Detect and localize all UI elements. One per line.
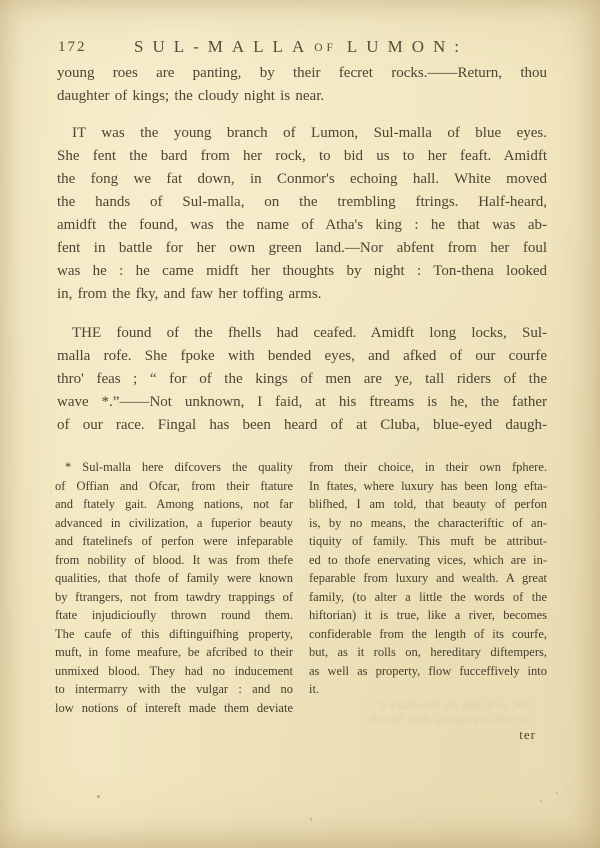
text-line: fent in battle for her own green land.—N… bbox=[57, 237, 547, 260]
page-number: 172 bbox=[58, 39, 87, 56]
text-line: was he : he came midft her thoughts by n… bbox=[57, 260, 547, 283]
footnote-line: by ftrangers, not from tawdry trappings … bbox=[55, 588, 293, 607]
text-line: THE found of the fhells had ceafed. Amid… bbox=[57, 322, 547, 345]
footnote-line: tiquity of family. This muft be attribut… bbox=[309, 532, 547, 551]
footnote-block: * Sul-malla here difcovers the qualityof… bbox=[55, 458, 547, 717]
footnote-line: low notions of intereft made them deviat… bbox=[55, 699, 293, 718]
footnote-line: muft, in fome meafure, be afcribed to th… bbox=[55, 643, 293, 662]
paragraph-the-sound: THE found of the fhells had ceafed. Amid… bbox=[57, 322, 547, 437]
page-header: 172 SUL-MALLA OF LUMON: bbox=[57, 36, 545, 60]
paper-stain bbox=[310, 818, 312, 821]
book-page-scan: 172 SUL-MALLA OF LUMON: young roes are p… bbox=[0, 0, 600, 848]
footnote-line: family, (to alter a little the words of … bbox=[309, 588, 547, 607]
footnote-line: unmixed blood. They had no inducement bbox=[55, 662, 293, 681]
catchword: ter bbox=[519, 727, 536, 743]
footnote-line: from their choice, in their own fphere. bbox=[309, 458, 547, 477]
main-text-block: young roes are panting, by their fecret … bbox=[57, 62, 547, 437]
footnote-line: In ftates, where luxury has been long ef… bbox=[309, 477, 547, 496]
footnote-line: * Sul-malla here difcovers the quality bbox=[55, 458, 293, 477]
text-line: She fent the bard from her rock, to bid … bbox=[57, 145, 547, 168]
footnote-line: as well as property, flow fucceffively i… bbox=[309, 662, 547, 681]
footnote-line: hiftorian) it is true, like a river, bec… bbox=[309, 606, 547, 625]
footnote-line: to intermarry with the vulgar : and no bbox=[55, 680, 293, 699]
footnote-right-column: from their choice, in their own fphere.I… bbox=[309, 458, 547, 717]
footnote-line: it. bbox=[309, 680, 547, 699]
paragraph-continuation: young roes are panting, by their fecret … bbox=[57, 62, 547, 108]
footnote-line: is, by no means, the characteriftic of a… bbox=[309, 514, 547, 533]
text-line: young roes are panting, by their fecret … bbox=[57, 62, 547, 85]
footnote-line: qualities, that thofe of family were kno… bbox=[55, 569, 293, 588]
footnote-line: but, as it rolls on, hereditary diftempe… bbox=[309, 643, 547, 662]
running-title-end: LUMON: bbox=[347, 37, 468, 56]
footnote-line: of Offian and Ofcar, from their ftature bbox=[55, 477, 293, 496]
footnote-line: advanced in civilization, a fuperior bea… bbox=[55, 514, 293, 533]
text-line: of our race. Fingal has been heard of at… bbox=[57, 414, 547, 437]
running-title-main: SUL-MALLA bbox=[134, 37, 313, 56]
text-line: thro' feas ; “ for of the kings of men a… bbox=[57, 368, 547, 391]
footnote-line: ftate injudicioufly thrown round them. bbox=[55, 606, 293, 625]
text-line: amidft the found, was the name of Atha's… bbox=[57, 214, 547, 237]
text-line: malla rofe. She fpoke with bended eyes, … bbox=[57, 345, 547, 368]
text-line: in, from the fky, and faw her toffing ar… bbox=[57, 283, 547, 306]
paper-stain bbox=[556, 792, 558, 794]
paper-stain bbox=[540, 800, 542, 802]
text-line: IT was the young branch of Lumon, Sul-ma… bbox=[57, 122, 547, 145]
text-line: the fong we fat down, in Conmor's echoin… bbox=[57, 168, 547, 191]
footnote-line: confiderable from the length of its cour… bbox=[309, 625, 547, 644]
footnote-line: from nobility of blood. It was from thef… bbox=[55, 551, 293, 570]
text-line: wave *.”——Not unknown, I faid, at his ft… bbox=[57, 391, 547, 414]
footnote-line: and ftately gait. Among nations, not far bbox=[55, 495, 293, 514]
paragraph-it-was: IT was the young branch of Lumon, Sul-ma… bbox=[57, 122, 547, 306]
footnote-line: feparable from luxury and wealth. A grea… bbox=[309, 569, 547, 588]
running-title-of: OF bbox=[314, 42, 337, 54]
running-title: SUL-MALLA OF LUMON: bbox=[57, 36, 545, 57]
paper-stain bbox=[97, 795, 100, 798]
footnote-line: blifhed, I am told, that beauty of perfo… bbox=[309, 495, 547, 514]
footnote-line: and ftatelinefs of perfon were infeparab… bbox=[55, 532, 293, 551]
text-line: daughter of kings; the cloudy night is n… bbox=[57, 85, 547, 108]
footnote-line: ed to thofe enervating vices, which are … bbox=[309, 551, 547, 570]
text-line: the hands of Sul-malla, on the trembling… bbox=[57, 191, 547, 214]
footnote-left-column: * Sul-malla here difcovers the qualityof… bbox=[55, 458, 293, 717]
footnote-line: The caufe of this diftinguifhing propert… bbox=[55, 625, 293, 644]
